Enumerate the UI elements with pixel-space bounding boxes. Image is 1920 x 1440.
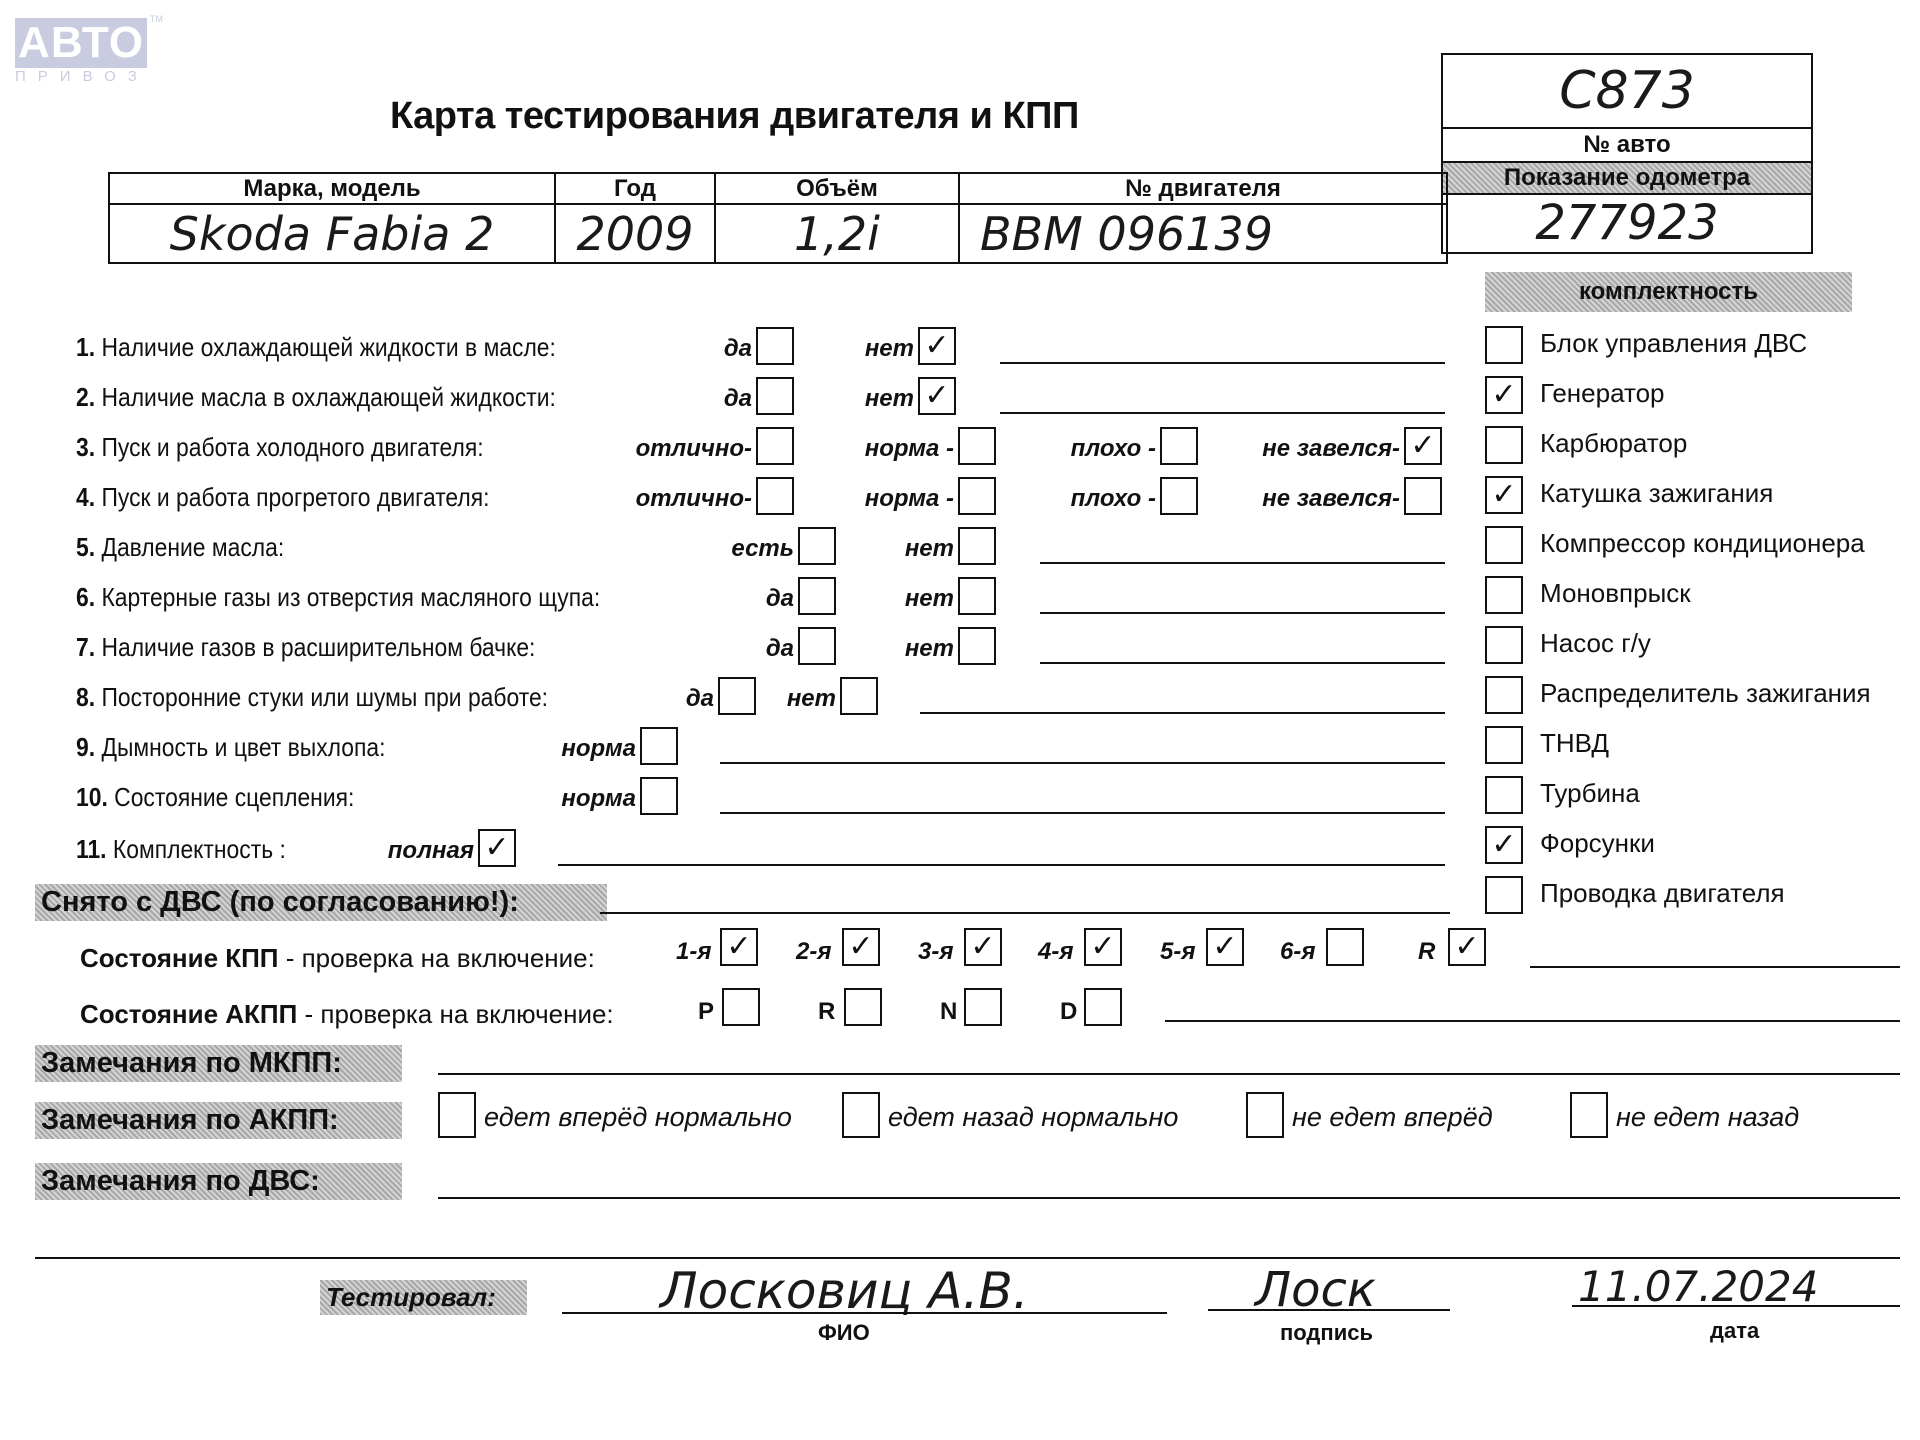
akpp-option-checkbox[interactable] (842, 1092, 880, 1138)
logo: АВТО (15, 18, 147, 68)
manual-gearbox-label-rest: - проверка на включение: (279, 943, 595, 973)
question-text: Картерные газы из отверстия масляного щу… (101, 582, 600, 612)
akpp-option-label: не едет вперёд (1292, 1102, 1493, 1133)
checkbox-q4-opt2[interactable] (958, 477, 996, 515)
checkbox-q8-opt2[interactable] (840, 677, 878, 715)
question-4: 4. Пуск и работа прогретого двигателя: (76, 482, 489, 513)
question-8: 8. Посторонние стуки или шумы при работе… (76, 682, 548, 713)
divider (35, 1257, 1900, 1259)
gear-checkbox-5[interactable]: ✓ (1206, 928, 1244, 966)
question-number: 8. (76, 682, 95, 712)
kit-checkbox[interactable]: ✓ (1485, 826, 1523, 864)
gear-label: 2-я (796, 938, 831, 966)
logo-trademark: TM (150, 14, 163, 24)
question-text: Дымность и цвет выхлопа: (101, 732, 385, 762)
akpp-option-checkbox[interactable] (438, 1092, 476, 1138)
auto-gear-label: N (940, 998, 957, 1026)
header-year: Год (555, 173, 715, 204)
check-mark-icon: ✓ (924, 378, 949, 413)
kit-checkbox[interactable]: ✓ (1485, 376, 1523, 414)
option-label: да (764, 585, 794, 613)
gear-label: 1-я (676, 938, 711, 966)
question-number: 6. (76, 582, 95, 612)
checkbox-q3-opt3[interactable] (1160, 427, 1198, 465)
akpp-option-checkbox[interactable] (1570, 1092, 1608, 1138)
check-mark-icon: ✓ (1491, 377, 1516, 412)
checkbox-q5-opt2[interactable] (958, 527, 996, 565)
year-value[interactable]: 2009 (555, 204, 715, 263)
question-number: 7. (76, 632, 95, 662)
check-mark-icon: ✓ (1410, 428, 1435, 463)
auto-gear-label: R (818, 998, 835, 1026)
remarks-mkpp-label: Замечания по МКПП: (35, 1045, 402, 1082)
gear-label: 6-я (1280, 938, 1315, 966)
auto-gearbox-line[interactable] (1165, 1020, 1900, 1022)
option-label: плохо - (1068, 435, 1156, 463)
gear-checkbox-3[interactable]: ✓ (964, 928, 1002, 966)
option-label: нет (782, 685, 836, 713)
kit-item-label: Турбина (1540, 778, 1640, 809)
option-label: норма - (862, 485, 954, 513)
checkbox-q1-opt1[interactable] (756, 327, 794, 365)
make-model-value[interactable]: Skoda Fabia 2 (109, 204, 555, 263)
checkbox-q9-opt1[interactable] (640, 727, 678, 765)
kit-checkbox[interactable] (1485, 776, 1523, 814)
kit-checkbox[interactable] (1485, 726, 1523, 764)
check-mark-icon: ✓ (924, 328, 949, 363)
checkbox-q7-opt2[interactable] (958, 627, 996, 665)
kit-item-label: Генератор (1540, 378, 1665, 409)
gear-checkbox-2[interactable]: ✓ (842, 928, 880, 966)
kit-item-label: Карбюратор (1540, 428, 1687, 459)
question-10: 10. Состояние сцепления: (76, 782, 354, 813)
question-7: 7. Наличие газов в расширительном бачке: (76, 632, 535, 663)
question-text: Комплектность : (113, 834, 286, 864)
logo-subtitle: ПРИВОЗ (15, 68, 150, 85)
check-mark-icon: ✓ (726, 929, 751, 964)
akpp-option-label: едет назад нормально (888, 1102, 1178, 1133)
header-make-model: Марка, модель (109, 173, 555, 204)
check-mark-icon: ✓ (1212, 929, 1237, 964)
kit-title: комплектность (1485, 272, 1852, 312)
kit-item-label: Проводка двигателя (1540, 878, 1785, 909)
option-label: отлично- (634, 485, 752, 513)
remarks-dvs-label: Замечания по ДВС: (35, 1163, 402, 1200)
question-text: Наличие охлаждающей жидкости в масле: (101, 332, 555, 362)
question-text: Пуск и работа холодного двигателя: (101, 432, 483, 462)
auto-gearbox-label: Состояние АКПП - проверка на включение: (80, 999, 614, 1030)
question-number: 2. (76, 382, 95, 412)
gear-label: 5-я (1160, 938, 1195, 966)
option-label: нет (902, 585, 954, 613)
kit-item-label: Блок управления ДВС (1540, 328, 1807, 359)
akpp-option-checkbox[interactable] (1246, 1092, 1284, 1138)
signature-caption: подпись (1280, 1320, 1373, 1346)
remarks-akpp-label: Замечания по АКПП: (35, 1102, 402, 1139)
option-label: да (718, 335, 752, 363)
kit-item-label: Катушка зажигания (1540, 478, 1773, 509)
tester-name-caption: ФИО (818, 1320, 870, 1346)
manual-gearbox-label-bold: Состояние КПП (80, 943, 279, 973)
question-5: 5. Давление масла: (76, 532, 284, 563)
kit-checkbox[interactable] (1485, 676, 1523, 714)
answer-line[interactable] (920, 712, 1445, 714)
answer-line[interactable] (1000, 362, 1445, 364)
question-3: 3. Пуск и работа холодного двигателя: (76, 432, 484, 463)
kit-checkbox[interactable] (1485, 626, 1523, 664)
auto-gearbox-label-bold: Состояние АКПП (80, 999, 297, 1029)
check-mark-icon: ✓ (1454, 929, 1479, 964)
gear-checkbox-4[interactable]: ✓ (1084, 928, 1122, 966)
kit-checkbox[interactable] (1485, 876, 1523, 914)
car-info-box: C873 № авто Показание одометра 277923 (1441, 53, 1813, 254)
odometer-label: Показание одометра (1443, 163, 1811, 195)
question-1: 1. Наличие охлаждающей жидкости в масле: (76, 332, 556, 363)
option-label: отлично- (634, 435, 752, 463)
option-label: есть (728, 535, 794, 563)
question-number: 3. (76, 432, 95, 462)
kit-checkbox[interactable]: ✓ (1485, 476, 1523, 514)
question-6: 6. Картерные газы из отверстия масляного… (76, 582, 600, 613)
check-mark-icon: ✓ (1491, 477, 1516, 512)
auto-gear-checkbox-3[interactable] (964, 988, 1002, 1026)
checkbox-q4-opt4[interactable] (1404, 477, 1442, 515)
option-label: плохо - (1068, 485, 1156, 513)
signature-line (1208, 1309, 1450, 1311)
akpp-option-label: не едет назад (1616, 1102, 1799, 1133)
checkbox-q5-opt1[interactable] (798, 527, 836, 565)
question-11: 11. Комплектность : (76, 834, 286, 865)
option-label: да (718, 385, 752, 413)
kit-item-label: Распределитель зажигания (1540, 678, 1871, 709)
question-text: Состояние сцепления: (114, 782, 354, 812)
auto-gear-label: D (1060, 998, 1077, 1026)
test-date[interactable]: 11.07.2024 (1578, 1262, 1818, 1311)
auto-gear-checkbox-2[interactable] (844, 988, 882, 1026)
question-text: Наличие газов в расширительном бачке: (101, 632, 535, 662)
checkbox-q10-opt1[interactable] (640, 777, 678, 815)
car-number-value[interactable]: C873 (1443, 55, 1811, 129)
kit-item-label: Форсунки (1540, 828, 1655, 859)
date-caption: дата (1710, 1318, 1759, 1344)
question-number: 11. (76, 834, 107, 864)
checkbox-q7-opt1[interactable] (798, 627, 836, 665)
question-number: 4. (76, 482, 95, 512)
answer-line[interactable] (1040, 662, 1445, 664)
odometer-value[interactable]: 277923 (1443, 195, 1811, 252)
answer-line[interactable] (720, 812, 1445, 814)
auto-gearbox-label-rest: - проверка на включение: (297, 999, 613, 1029)
checkbox-q11-opt1[interactable]: ✓ (478, 829, 516, 867)
checkbox-q3-opt4[interactable]: ✓ (1404, 427, 1442, 465)
question-number: 5. (76, 532, 95, 562)
remarks-mkpp-line[interactable] (438, 1073, 1900, 1075)
checkbox-q3-opt2[interactable] (958, 427, 996, 465)
question-text: Давление масла: (101, 532, 284, 562)
kit-checkbox[interactable] (1485, 426, 1523, 464)
answer-line[interactable] (1000, 412, 1445, 414)
option-label: норма (556, 735, 636, 763)
question-2: 2. Наличие масла в охлаждающей жидкости: (76, 382, 556, 413)
gear-label: 4-я (1038, 938, 1073, 966)
tester-name-line (562, 1312, 1167, 1314)
question-9: 9. Дымность и цвет выхлопа: (76, 732, 385, 763)
kit-checkbox[interactable] (1485, 526, 1523, 564)
checkbox-q4-opt1[interactable] (756, 477, 794, 515)
option-label: да (684, 685, 714, 713)
option-label: не завелся- (1256, 435, 1400, 463)
manual-gearbox-label: Состояние КПП - проверка на включение: (80, 943, 595, 974)
kit-item-label: ТНВД (1540, 728, 1609, 759)
checkbox-q1-opt2[interactable]: ✓ (918, 327, 956, 365)
option-label: да (764, 635, 794, 663)
check-mark-icon: ✓ (970, 929, 995, 964)
option-label: полная (384, 837, 474, 865)
remarks-dvs-line[interactable] (438, 1197, 1900, 1199)
removed-line[interactable] (600, 912, 1450, 914)
auto-gear-label: P (698, 998, 714, 1026)
question-number: 10. (76, 782, 108, 812)
checkbox-q6-opt1[interactable] (798, 577, 836, 615)
check-mark-icon: ✓ (1491, 827, 1516, 862)
checkbox-q2-opt1[interactable] (756, 377, 794, 415)
auto-gear-checkbox-4[interactable] (1084, 988, 1122, 1026)
answer-line[interactable] (558, 864, 1445, 866)
kit-item-label: Моновпрыск (1540, 578, 1691, 609)
auto-gear-checkbox-1[interactable] (722, 988, 760, 1026)
answer-line[interactable] (1040, 612, 1445, 614)
gear-checkbox-6[interactable] (1326, 928, 1364, 966)
car-number-label: № авто (1443, 129, 1811, 163)
answer-line[interactable] (1040, 562, 1445, 564)
checkbox-q3-opt1[interactable] (756, 427, 794, 465)
option-label: нет (902, 535, 954, 563)
question-number: 1. (76, 332, 95, 362)
date-line (1572, 1305, 1900, 1307)
gear-checkbox-1[interactable]: ✓ (720, 928, 758, 966)
checkbox-q2-opt2[interactable]: ✓ (918, 377, 956, 415)
removed-label: Снято с ДВС (по согласованию!): (35, 884, 607, 921)
header-engine-number: № двигателя (959, 173, 1447, 204)
checkbox-q8-opt1[interactable] (718, 677, 756, 715)
page-title: Карта тестирования двигателя и КПП (390, 95, 1079, 138)
option-label: норма - (862, 435, 954, 463)
vehicle-table: Марка, модель Год Объём № двигателя Skod… (108, 172, 1448, 264)
kit-item-label: Насос г/у (1540, 628, 1651, 659)
kit-item-label: Компрессор кондиционера (1540, 528, 1865, 559)
engine-number-value[interactable]: BBM 096139 (959, 204, 1447, 263)
option-label: не завелся- (1256, 485, 1400, 513)
checkbox-q6-opt2[interactable] (958, 577, 996, 615)
gear-label: R (1418, 938, 1435, 966)
option-label: нет (860, 335, 914, 363)
question-number: 9. (76, 732, 95, 762)
question-text: Посторонние стуки или шумы при работе: (101, 682, 548, 712)
tested-label: Тестировал: (320, 1280, 527, 1315)
option-label: норма (556, 785, 636, 813)
option-label: нет (902, 635, 954, 663)
kit-checkbox[interactable] (1485, 326, 1523, 364)
question-text: Пуск и работа прогретого двигателя: (101, 482, 489, 512)
volume-value[interactable]: 1,2i (715, 204, 959, 263)
check-mark-icon: ✓ (1090, 929, 1115, 964)
header-volume: Объём (715, 173, 959, 204)
gear-label: 3-я (918, 938, 953, 966)
akpp-option-label: едет вперёд нормально (484, 1102, 792, 1133)
gear-checkbox-7[interactable]: ✓ (1448, 928, 1486, 966)
checkbox-q4-opt3[interactable] (1160, 477, 1198, 515)
option-label: нет (860, 385, 914, 413)
manual-gearbox-line[interactable] (1530, 966, 1900, 968)
question-text: Наличие масла в охлаждающей жидкости: (101, 382, 555, 412)
check-mark-icon: ✓ (848, 929, 873, 964)
answer-line[interactable] (720, 762, 1445, 764)
kit-checkbox[interactable] (1485, 576, 1523, 614)
check-mark-icon: ✓ (484, 830, 509, 865)
